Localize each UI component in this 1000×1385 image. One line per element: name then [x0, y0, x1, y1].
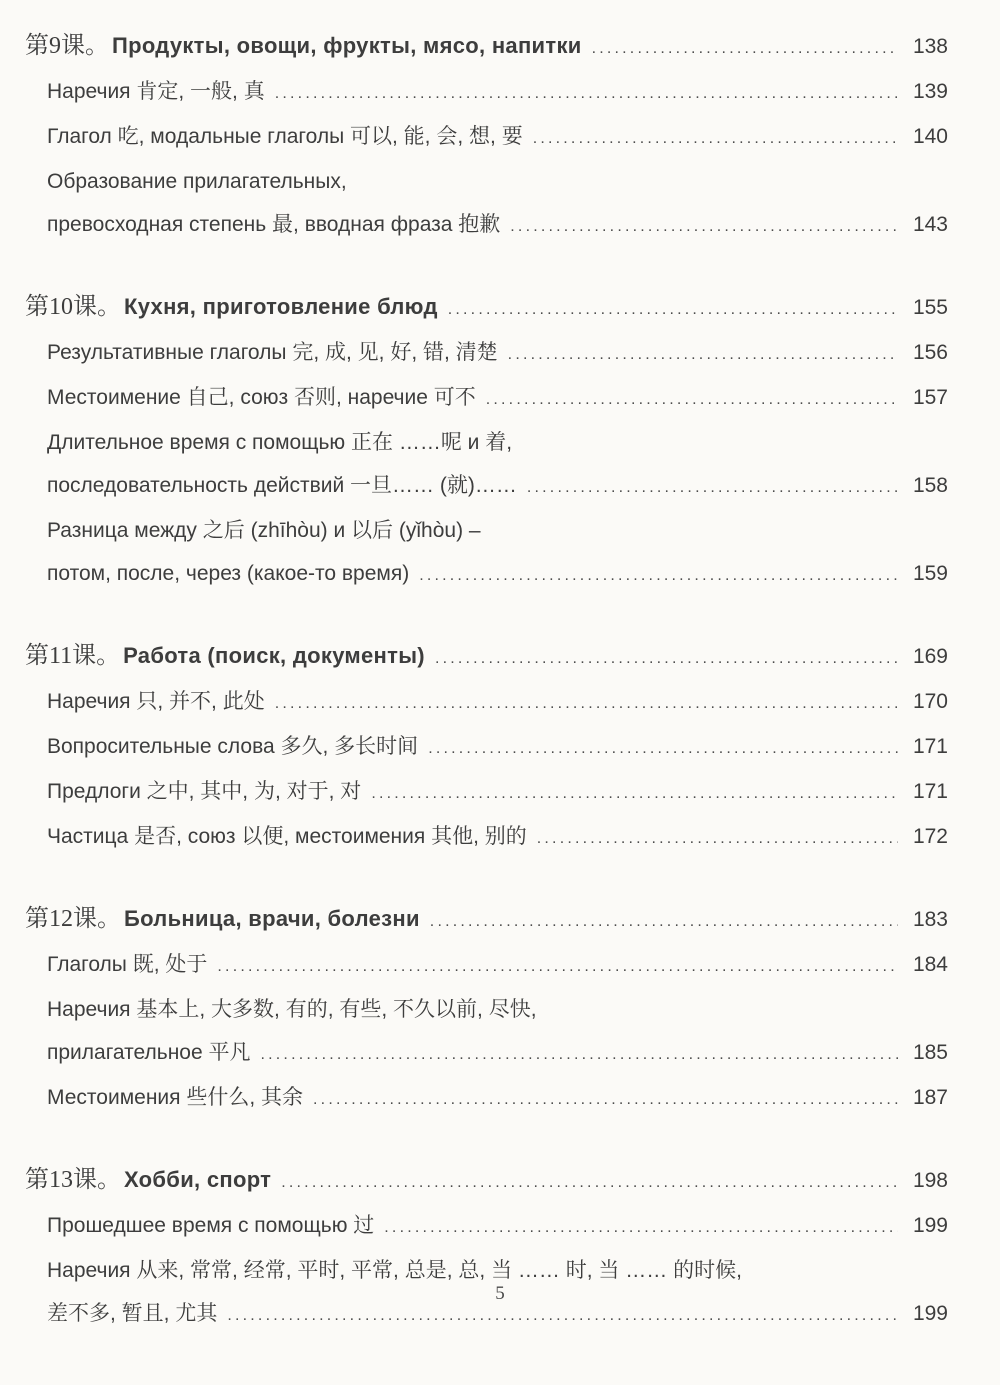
lesson-number: 第10课。	[25, 286, 121, 329]
page-number: 139	[906, 70, 948, 113]
toc-entry-text: последовательность действий 一旦…… (就)……	[47, 464, 517, 507]
dot-leader	[430, 897, 898, 943]
toc-entry-text: Глаголы 既, 处于	[47, 943, 207, 986]
toc-entry: Наречия 基本上, 大多数, 有的, 有些, 不久以前, 尽快,	[25, 988, 948, 1031]
dot-leader	[275, 70, 898, 115]
page-number: 171	[906, 770, 948, 813]
toc-entry-text: Длительное время с помощью 正在 ……呢 и 着,	[47, 421, 512, 464]
dot-leader	[448, 285, 898, 331]
page-number: 183	[906, 898, 948, 941]
section-title: Больница, врачи, болезни	[124, 897, 420, 940]
toc-entry: Наречия 只, 并不, 此处 170	[25, 680, 948, 725]
toc-entry: прилагательное 平凡 185	[25, 1031, 948, 1076]
toc-entry-text: Предлоги 之中, 其中, 为, 对于, 对	[47, 770, 361, 813]
toc-entry-text: Вопросительные слова 多久, 多长时间	[47, 725, 418, 768]
section-title: Кухня, приготовление блюд	[124, 285, 438, 328]
page-number: 199	[906, 1204, 948, 1247]
dot-leader	[592, 24, 898, 70]
toc-entry-text: Глагол 吃, модальные глаголы 可以, 能, 会, 想,…	[47, 115, 523, 158]
dot-leader	[428, 725, 898, 770]
dot-leader	[419, 552, 898, 597]
dot-leader	[217, 943, 898, 988]
toc-section-heading: 第12课。 Больница, врачи, болезни 183	[25, 897, 948, 943]
page-number: 187	[906, 1076, 948, 1119]
toc-entry: Длительное время с помощью 正在 ……呢 и 着,	[25, 421, 948, 464]
page-number: 198	[906, 1159, 948, 1202]
page-number: 169	[906, 635, 948, 678]
page-number: 138	[906, 25, 948, 68]
toc-entry: Предлоги 之中, 其中, 为, 对于, 对 171	[25, 770, 948, 815]
toc-entry: Наречия 肯定, 一般, 真 139	[25, 70, 948, 115]
toc-entry-text: Частица 是否, союз 以便, местоимения 其他, 别的	[47, 815, 527, 858]
toc-entry: Глагол 吃, модальные глаголы 可以, 能, 会, 想,…	[25, 115, 948, 160]
toc-entry: последовательность действий 一旦…… (就)…… 1…	[25, 464, 948, 509]
toc-section-heading: 第9课。 Продукты, овощи, фрукты, мясо, напи…	[25, 24, 948, 70]
page-number: 143	[906, 203, 948, 246]
toc-section-lesson-12: 第12课。 Больница, врачи, болезни 183 Глаго…	[25, 897, 948, 1121]
page-number: 172	[906, 815, 948, 858]
toc-entry: потом, после, через (какое-то время) 159	[25, 552, 948, 597]
toc-entry-text: Разница между 之后 (zhīhòu) и 以后 (yǐhòu) –	[47, 509, 481, 552]
toc-entry-text: Прошедшее время с помощью 过	[47, 1204, 374, 1247]
page-number: 170	[906, 680, 948, 723]
toc-entry: превосходная степень 最, вводная фраза 抱歉…	[25, 203, 948, 248]
toc-entry-text: Местоимения 些什么, 其余	[47, 1076, 303, 1119]
page-number: 185	[906, 1031, 948, 1074]
toc-entry-text: Образование прилагательных,	[47, 160, 347, 203]
dot-leader	[275, 680, 898, 725]
toc-entry: Разница между 之后 (zhīhòu) и 以后 (yǐhòu) –	[25, 509, 948, 552]
page-number: 159	[906, 552, 948, 595]
toc-entry-text: Наречия 肯定, 一般, 真	[47, 70, 265, 113]
toc-entry: Местоимение 自己, союз 否则, наречие 可不 157	[25, 376, 948, 421]
lesson-number: 第12课。	[25, 898, 121, 941]
toc-entry: Глаголы 既, 处于 184	[25, 943, 948, 988]
toc-entry: Вопросительные слова 多久, 多长时间 171	[25, 725, 948, 770]
toc-section-lesson-11: 第11课。 Работа (поиск, документы) 169 Наре…	[25, 634, 948, 860]
toc-entry-text: Местоимение 自己, союз 否则, наречие 可不	[47, 376, 476, 419]
page-number: 155	[906, 286, 948, 329]
dot-leader	[510, 203, 898, 248]
section-title: Продукты, овощи, фрукты, мясо, напитки	[112, 24, 582, 67]
page-number: 184	[906, 943, 948, 986]
dot-leader	[537, 815, 898, 860]
table-of-contents: 第9课。 Продукты, овощи, фрукты, мясо, напи…	[25, 24, 948, 1337]
lesson-number: 第11课。	[25, 635, 120, 678]
dot-leader	[486, 376, 898, 421]
toc-section-heading: 第13课。 Хобби, спорт 198	[25, 1158, 948, 1204]
toc-entry: Образование прилагательных,	[25, 160, 948, 203]
dot-leader	[260, 1031, 898, 1076]
toc-entry: Результативные глаголы 完, 成, 见, 好, 错, 清楚…	[25, 331, 948, 376]
dot-leader	[527, 464, 898, 509]
dot-leader	[533, 115, 898, 160]
toc-section-heading: 第10课。 Кухня, приготовление блюд 155	[25, 285, 948, 331]
folio-page-number: 5	[0, 1283, 1000, 1305]
dot-leader	[435, 634, 898, 680]
toc-entry-text: Результативные глаголы 完, 成, 见, 好, 错, 清楚	[47, 331, 498, 374]
toc-entry: Прошедшее время с помощью 过 199	[25, 1204, 948, 1249]
toc-section-heading: 第11课。 Работа (поиск, документы) 169	[25, 634, 948, 680]
page-number: 156	[906, 331, 948, 374]
toc-entry-text: потом, после, через (какое-то время)	[47, 552, 409, 595]
dot-leader	[313, 1076, 898, 1121]
toc-section-lesson-9: 第9课。 Продукты, овощи, фрукты, мясо, напи…	[25, 24, 948, 248]
page-number: 157	[906, 376, 948, 419]
toc-entry-text: Наречия 基本上, 大多数, 有的, 有些, 不久以前, 尽快,	[47, 988, 537, 1031]
toc-entry-text: превосходная степень 最, вводная фраза 抱歉	[47, 203, 500, 246]
section-title: Работа (поиск, документы)	[123, 634, 425, 677]
dot-leader	[384, 1204, 898, 1249]
toc-entry-text: прилагательное 平凡	[47, 1031, 250, 1074]
dot-leader	[508, 331, 898, 376]
dot-leader	[281, 1158, 898, 1204]
toc-section-lesson-10: 第10课。 Кухня, приготовление блюд 155 Резу…	[25, 285, 948, 597]
toc-section-lesson-13: 第13课。 Хобби, спорт 198 Прошедшее время с…	[25, 1158, 948, 1337]
dot-leader	[371, 770, 898, 815]
toc-entry-text: Наречия 只, 并不, 此处	[47, 680, 265, 723]
lesson-number: 第9课。	[25, 25, 109, 68]
toc-entry: Местоимения 些什么, 其余 187	[25, 1076, 948, 1121]
lesson-number: 第13课。	[25, 1159, 121, 1202]
section-title: Хобби, спорт	[124, 1158, 271, 1201]
page-number: 140	[906, 115, 948, 158]
toc-entry: Частица 是否, союз 以便, местоимения 其他, 别的 …	[25, 815, 948, 860]
page-number: 158	[906, 464, 948, 507]
page-number: 171	[906, 725, 948, 768]
